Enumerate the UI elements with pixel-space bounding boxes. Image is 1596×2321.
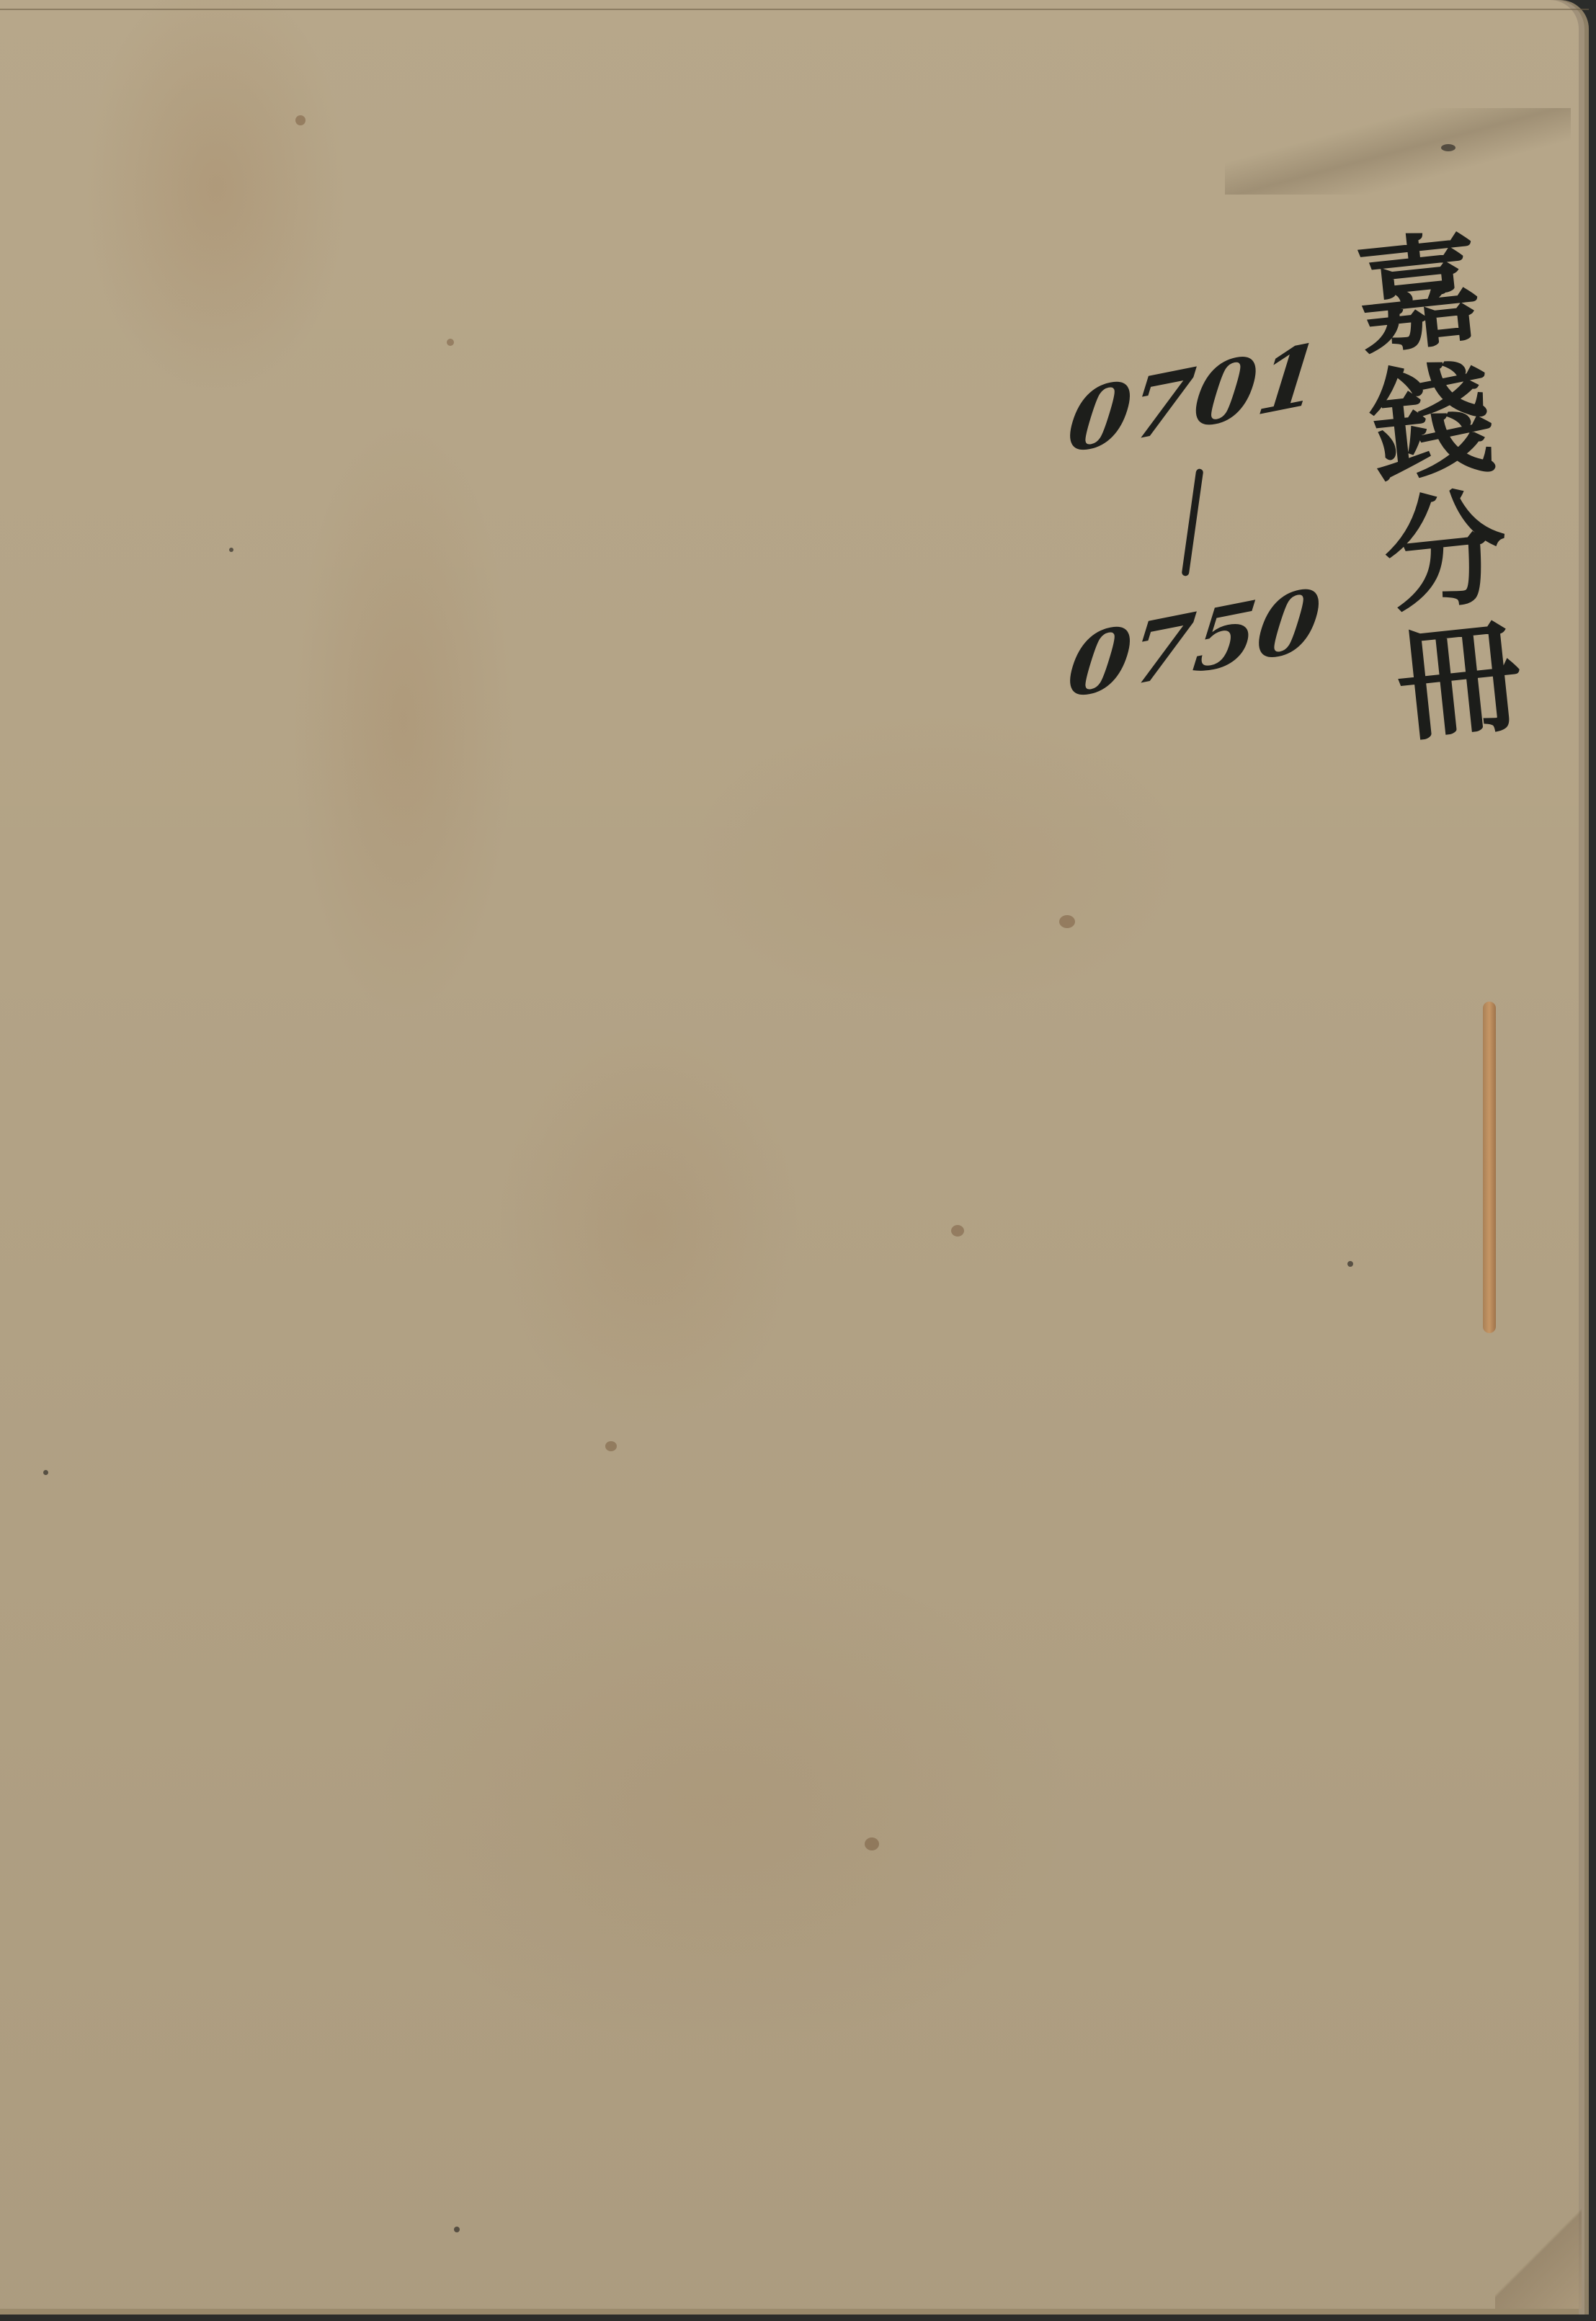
stain-speck [229,548,233,552]
corner-fold [1495,2193,1582,2309]
stain-speck [1347,1261,1353,1267]
stain-speck [951,1225,964,1237]
stain-speck [605,1441,617,1451]
handwritten-title: 嘉錢分冊 [1337,224,1520,754]
stain-speck [1441,144,1455,151]
range-start: 0701 [1062,323,1315,476]
binding-thread [1483,1002,1496,1333]
stain-speck [295,115,306,125]
fold-wrinkle [1225,108,1571,195]
volume-range: 0701 0750 [1074,346,1304,699]
stain-speck [1059,915,1075,928]
stain-speck [454,2227,460,2232]
range-end: 0750 [1062,568,1315,721]
stain-speck [43,1470,48,1475]
stain-speck [865,1837,879,1850]
stain-speck [447,339,454,346]
document-cover: 嘉錢分冊 0701 0750 [0,0,1589,2315]
range-separator [1182,468,1204,576]
top-crease [0,0,1589,10]
